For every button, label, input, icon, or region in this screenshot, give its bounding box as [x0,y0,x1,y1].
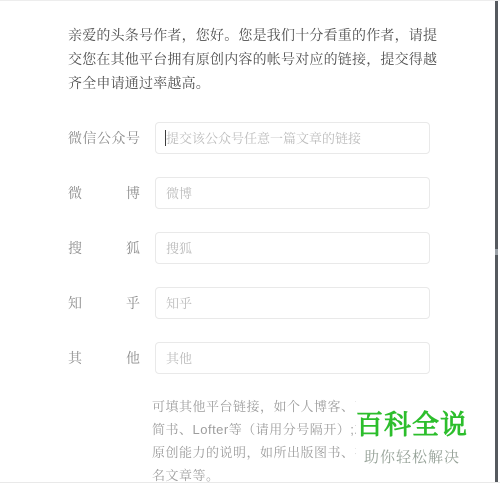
other-link-input[interactable] [155,342,430,374]
weibo-link-input[interactable] [155,177,430,209]
scrollbar-notch [495,249,498,255]
weibo-label: 微博 [68,183,140,203]
field-row-other: 其他 [68,342,430,374]
watermark-subtitle: 助你轻松解决 [356,446,468,467]
field-row-sohu: 搜狐 [68,232,430,264]
zhihu-input-wrap [155,287,430,319]
text-cursor [165,130,166,146]
zhihu-link-input[interactable] [155,287,430,319]
sohu-input-wrap [155,232,430,264]
sohu-label: 搜狐 [68,238,140,258]
field-row-zhihu: 知乎 [68,287,430,319]
watermark-title: 百科全说 [356,403,468,442]
wechat-input-wrap [155,122,430,154]
wechat-link-input[interactable] [155,122,430,154]
field-row-wechat: 微信公众号 [68,122,430,154]
watermark-overlay: 百科全说 助你轻松解决 [356,387,496,463]
sohu-link-input[interactable] [155,232,430,264]
field-row-weibo: 微博 [68,177,430,209]
other-label: 其他 [68,348,140,368]
other-input-wrap [155,342,430,374]
wechat-label: 微信公众号 [68,128,140,148]
platform-links-form: 微信公众号 微博 搜狐 知乎 其他 [68,122,430,397]
intro-paragraph: 亲爱的头条号作者，您好。您是我们十分看重的作者，请提交您在其他平台拥有原创内容的… [68,23,440,95]
zhihu-label: 知乎 [68,293,140,313]
weibo-input-wrap [155,177,430,209]
page: 亲爱的头条号作者，您好。您是我们十分看重的作者，请提交您在其他平台拥有原创内容的… [0,0,500,483]
scrollbar-track[interactable] [495,1,498,483]
